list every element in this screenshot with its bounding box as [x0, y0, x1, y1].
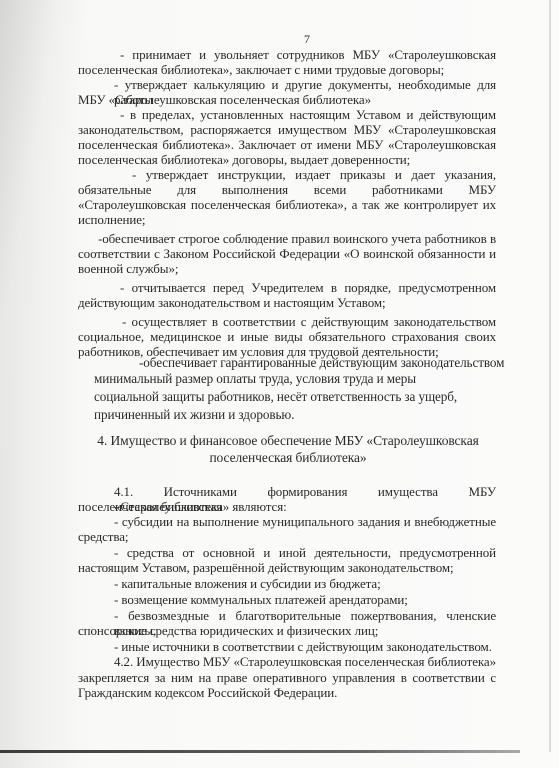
page-number: 7 [304, 32, 310, 47]
page-edge-right [549, 0, 551, 752]
paragraph-line: действующим законодательством и настоящи… [78, 296, 496, 311]
paragraph-line: МБУ «Старолеушковская поселенческая библ… [78, 93, 496, 108]
paragraph-line: военной службы»; [78, 262, 496, 277]
clause-line: Гражданским кодексом Российской Федераци… [78, 686, 496, 701]
paragraph-line: - в пределах, установленных настоящим Ус… [78, 108, 496, 123]
paragraph-line: обязательные для выполнения всеми работн… [78, 183, 496, 198]
source-item: - субсидии на выполнение муниципального … [78, 515, 496, 530]
paragraph-line: - принимает и увольняет сотрудников МБУ … [78, 48, 496, 63]
paragraph-line: законодательством, распоряжается имущест… [78, 123, 496, 138]
paragraph-line: - утверждает инструкции, издает приказы … [78, 168, 496, 183]
paragraph-block-b8-cont: минимальный размер оплаты труда, условия… [94, 370, 514, 424]
paragraph-line: - осуществляет в соответствии с действую… [78, 315, 496, 330]
paragraph-line: исполнение; [78, 213, 496, 228]
clause-line: 4.2. Имущество МБУ «Старолеушковская пос… [78, 655, 496, 670]
source-item: - средства от основной и иной деятельнос… [78, 546, 496, 561]
paragraph-line: соответствии с Законом Российской Федера… [78, 247, 496, 262]
paragraph-line: поселенческая библиотека» договоры, выда… [78, 153, 496, 168]
section-heading: 4. Имущество и финансовое обеспечение МБ… [68, 432, 508, 466]
paragraph-line: причиненный их жизни и здоровью. [94, 406, 514, 424]
source-item-cont: настоящим Уставом, разрешённой действующ… [78, 561, 496, 576]
page-edge-bottom [0, 750, 520, 753]
paragraph-line: - отчитывается перед Учредителем в поряд… [78, 281, 496, 296]
source-item: - капитальные вложения и субсидии из бюд… [78, 577, 496, 592]
paragraph-line: социальной защиты работников, несёт отве… [94, 388, 514, 406]
clause-line: поселенческая библиотека» являются: [78, 500, 496, 515]
paragraph-line: поселенческая библиотека». Заключает от … [78, 138, 496, 153]
source-item-cont: спонсорские средства юридических и физич… [78, 624, 496, 639]
source-item: - возмещение коммунальных платежей аренд… [78, 593, 496, 608]
clause-line: закрепляется за ним на праве оперативног… [78, 671, 496, 686]
page-fold-shadow [0, 0, 90, 768]
paragraph-line: минимальный размер оплаты труда, условия… [94, 370, 514, 388]
source-item: - иные источники в соответствии с действ… [78, 640, 496, 655]
paragraph-line: поселенческая библиотека», заключает с н… [78, 63, 496, 78]
source-item-cont: средства; [78, 530, 496, 545]
paragraph-line: «Старолеушковская поселенческая библиоте… [78, 198, 496, 213]
section-title-line-2: поселенческая библиотека» [68, 449, 508, 466]
paragraph-line: социальное, медицинское и иные виды обяз… [78, 330, 496, 345]
section-title-line-1: 4. Имущество и финансовое обеспечение МБ… [68, 432, 508, 449]
paragraph-line: -обеспечивает строгое соблюдение правил … [78, 232, 496, 247]
